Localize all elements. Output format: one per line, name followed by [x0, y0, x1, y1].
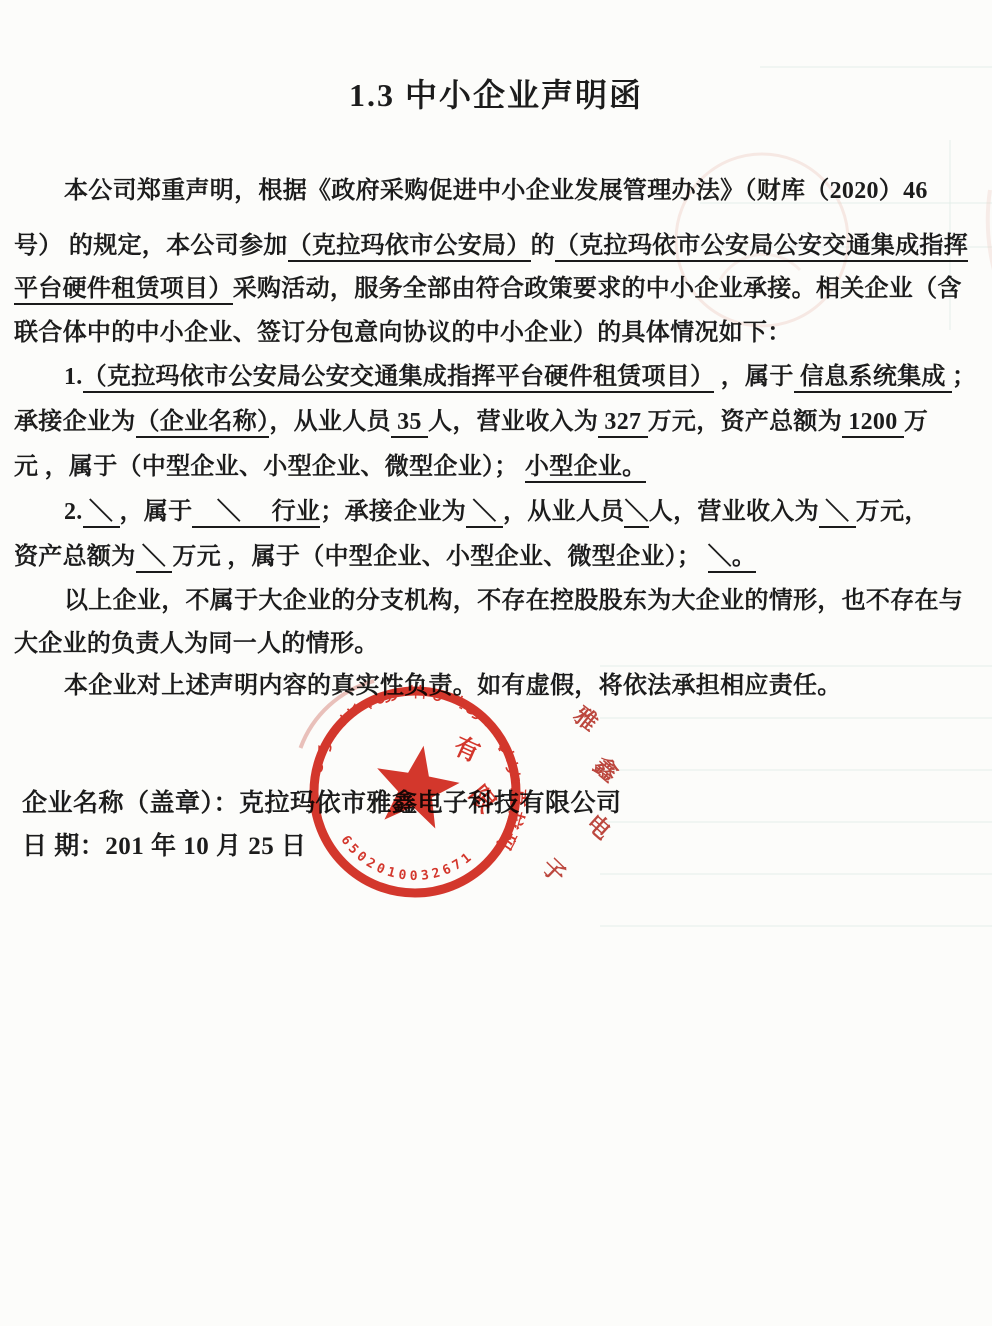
- text-run: 本企业对上述声明内容的真实性负责。如有虚假，将依法承担相应责任。: [64, 673, 842, 699]
- text-run: 人，营业收入为: [428, 409, 598, 435]
- ghost-char-1: 雅: [569, 701, 603, 736]
- underlined-field: 35: [391, 409, 428, 438]
- text-run: 承接企业为: [14, 409, 136, 435]
- text-run: ，从业人员: [269, 409, 391, 435]
- text-run: 人，营业收入为: [649, 499, 819, 525]
- seal-char-you: 有: [450, 732, 484, 768]
- ghost-char-4: 子: [537, 854, 571, 888]
- underlined-field: ＼: [83, 499, 120, 528]
- underlined-field: 小型企业。: [525, 454, 647, 483]
- underlined-field: （克拉玛依市公安局公安交通集成指挥: [555, 233, 968, 262]
- text-run: 资产总额为: [14, 544, 136, 570]
- underlined-field: ＼ 行业: [192, 499, 320, 528]
- body-line-2: 号） 的规定，本公司参加（克拉玛依市公安局）的（克拉玛依市公安局公安交通集成指挥: [14, 225, 978, 259]
- underlined-field: 平台硬件租赁项目）: [14, 276, 233, 305]
- text-run: ；: [952, 364, 976, 390]
- underlined-field: ＼: [624, 499, 648, 528]
- body-line-8: 2. ＼ ，属于 ＼ 行业；承接企业为 ＼ ，从业人员＼人，营业收入为 ＼ 万元…: [14, 491, 992, 525]
- underlined-field: 信息系统集成: [794, 364, 952, 393]
- text-run: 以上企业，不属于大企业的分支机构，不存在控股股东为大企业的情形，也不存在与: [64, 588, 963, 614]
- text-run: 大企业的负责人为同一人的情形。: [14, 631, 379, 657]
- text-run: 联合体中的中小企业、签订分包意向协议的中小企业）的具体情况如下：: [14, 320, 792, 346]
- underlined-field: ＼。: [708, 544, 757, 573]
- underlined-field: 1200: [842, 409, 904, 438]
- text-run: 1.: [64, 364, 83, 390]
- body-line-3: 平台硬件租赁项目）采购活动，服务全部由符合政策要求的中小企业承接。相关企业（含: [14, 268, 978, 302]
- underlined-field: （企业名称）: [136, 409, 270, 438]
- company-seal-line: 企业名称（盖章）：克拉玛依市雅鑫电子科技有限公司: [22, 783, 622, 819]
- underlined-field: （克拉玛依市公安局公安交通集成指挥平台硬件租赁项目）: [83, 364, 715, 393]
- text-run: ；承接企业为: [320, 499, 466, 525]
- text-run: 万元 ，属于（中型企业、小型企业、微型企业）；: [172, 544, 707, 570]
- text-run: 万: [904, 409, 928, 435]
- seal-serial-number: 6502010032671: [338, 833, 478, 884]
- text-run: 元 ，属于（中型企业、小型企业、微型企业）；: [14, 454, 525, 480]
- text-run: ，从业人员: [503, 499, 625, 525]
- document-title: 1.3 中小企业声明函: [0, 70, 992, 116]
- text-run: 采购活动，服务全部由符合政策要求的中小企业承接。相关企业（含: [233, 276, 962, 302]
- text-run: 2.: [64, 499, 83, 525]
- text-run: 万元，: [856, 499, 929, 525]
- body-line-12: 本企业对上述声明内容的真实性负责。如有虚假，将依法承担相应责任。: [14, 665, 992, 699]
- date-line: 日 期：201 年 10 月 25 日: [22, 826, 307, 862]
- ghost-char-2: 鑫: [589, 752, 623, 787]
- body-line-10: 以上企业，不属于大企业的分支机构，不存在控股股东为大企业的情形，也不存在与: [14, 580, 992, 614]
- body-line-9: 资产总额为 ＼ 万元 ，属于（中型企业、小型企业、微型企业）； ＼。: [14, 536, 978, 570]
- text-run: 万元，资产总额为: [648, 409, 842, 435]
- underlined-field: ＼: [819, 499, 856, 528]
- text-run: 号） 的规定，本公司参加: [14, 233, 288, 259]
- document-page: 1.3 中小企业声明函 本公司郑重声明，根据《政府采购促进中小企业发展管理办法》…: [0, 0, 992, 1326]
- underlined-field: ＼: [136, 544, 173, 573]
- underlined-field: 327: [598, 409, 648, 438]
- body-line-1: 本公司郑重声明，根据《政府采购促进中小企业发展管理办法》（财库（2020）46: [14, 170, 992, 204]
- text-run: ，属于: [120, 499, 193, 525]
- text-run: 本公司郑重声明，根据《政府采购促进中小企业发展管理办法》（财库（2020）46: [64, 178, 928, 204]
- underlined-field: ＼: [466, 499, 503, 528]
- body-line-11: 大企业的负责人为同一人的情形。: [14, 623, 978, 657]
- body-line-5: 1.（克拉玛依市公安局公安交通集成指挥平台硬件租赁项目） ，属于 信息系统集成 …: [14, 356, 992, 390]
- underlined-field: （克拉玛依市公安局）: [288, 233, 531, 262]
- text-run: 的: [531, 233, 555, 259]
- text-run: ，属于: [714, 364, 793, 390]
- body-line-4: 联合体中的中小企业、签订分包意向协议的中小企业）的具体情况如下：: [14, 312, 978, 346]
- body-line-7: 元 ，属于（中型企业、小型企业、微型企业）； 小型企业。: [14, 446, 978, 480]
- body-line-6: 承接企业为（企业名称），从业人员 35 人，营业收入为 327 万元，资产总额为…: [14, 401, 978, 435]
